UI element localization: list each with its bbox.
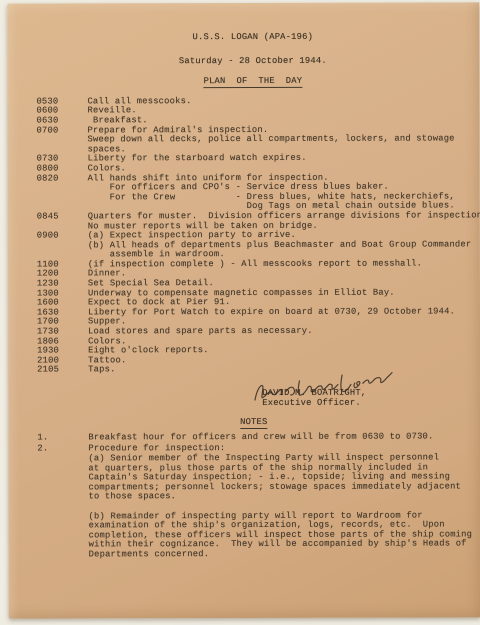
notes-list: 1. Breakfast hour for officers and crew … bbox=[37, 432, 470, 560]
schedule-text: (if inspection complete ) - All messcook… bbox=[88, 259, 422, 269]
note-number: 1. bbox=[37, 433, 88, 443]
schedule-text: All hands shift into uniform for inspect… bbox=[88, 173, 455, 212]
schedule-text: Prepare for Admiral's inspection. Sweep … bbox=[88, 125, 455, 155]
schedule-item: 2105 Taps. bbox=[37, 365, 470, 376]
schedule-time: 2105 bbox=[37, 366, 88, 376]
note-number: 2. bbox=[37, 445, 88, 455]
schedule-time: 0700 bbox=[37, 126, 88, 136]
schedule-text: Liberty for Port Watch to expire on boar… bbox=[88, 307, 455, 318]
note-item: 2. Procedure for inspection: (a) Senior … bbox=[37, 444, 470, 560]
schedule-item: 0845 Quarters for muster. Division offic… bbox=[37, 211, 470, 231]
document-content: U.S.S. LOGAN (APA-196) Saturday - 28 Oct… bbox=[7, 2, 480, 560]
schedule-item: 0700 Prepare for Admiral's inspection. S… bbox=[37, 125, 470, 155]
notes-heading: NOTES bbox=[37, 418, 470, 429]
schedule-time: 0900 bbox=[37, 232, 88, 242]
schedule-list: 0530 Call all messcooks. 0600 Reveille. … bbox=[36, 96, 470, 375]
signature-block: DAVID M. BOATRIGHT, Executive Officer. bbox=[262, 388, 480, 408]
schedule-text: Taps. bbox=[88, 366, 115, 376]
schedule-time: 0845 bbox=[37, 212, 88, 222]
ship-title: U.S.S. LOGAN (APA-196) bbox=[36, 32, 469, 43]
scanned-document-background: { "document": { "ship": "U.S.S. LOGAN (A… bbox=[0, 0, 480, 625]
schedule-item: 0900 (a) Expect inspection party to arri… bbox=[37, 231, 470, 261]
notes-heading-text: NOTES bbox=[240, 417, 267, 429]
plan-of-the-day-heading-text: PLAN OF THE DAY bbox=[204, 76, 303, 88]
document-page: U.S.S. LOGAN (APA-196) Saturday - 28 Oct… bbox=[7, 2, 480, 618]
schedule-text: (a) Expect inspection party to arrive. (… bbox=[88, 230, 472, 260]
plan-of-the-day-heading: PLAN OF THE DAY bbox=[36, 77, 469, 88]
schedule-text: Quarters for muster. Division officers a… bbox=[88, 211, 480, 231]
schedule-item: 0820 All hands shift into uniform for in… bbox=[37, 173, 470, 213]
note-text: Procedure for inspection: (a) Senior mem… bbox=[88, 444, 472, 560]
schedule-time: 0820 bbox=[37, 174, 88, 184]
document-date: Saturday - 28 October 1944. bbox=[36, 56, 469, 67]
note-item: 1. Breakfast hour for officers and crew … bbox=[37, 432, 470, 443]
note-text: Breakfast hour for officers and crew wil… bbox=[88, 432, 433, 442]
